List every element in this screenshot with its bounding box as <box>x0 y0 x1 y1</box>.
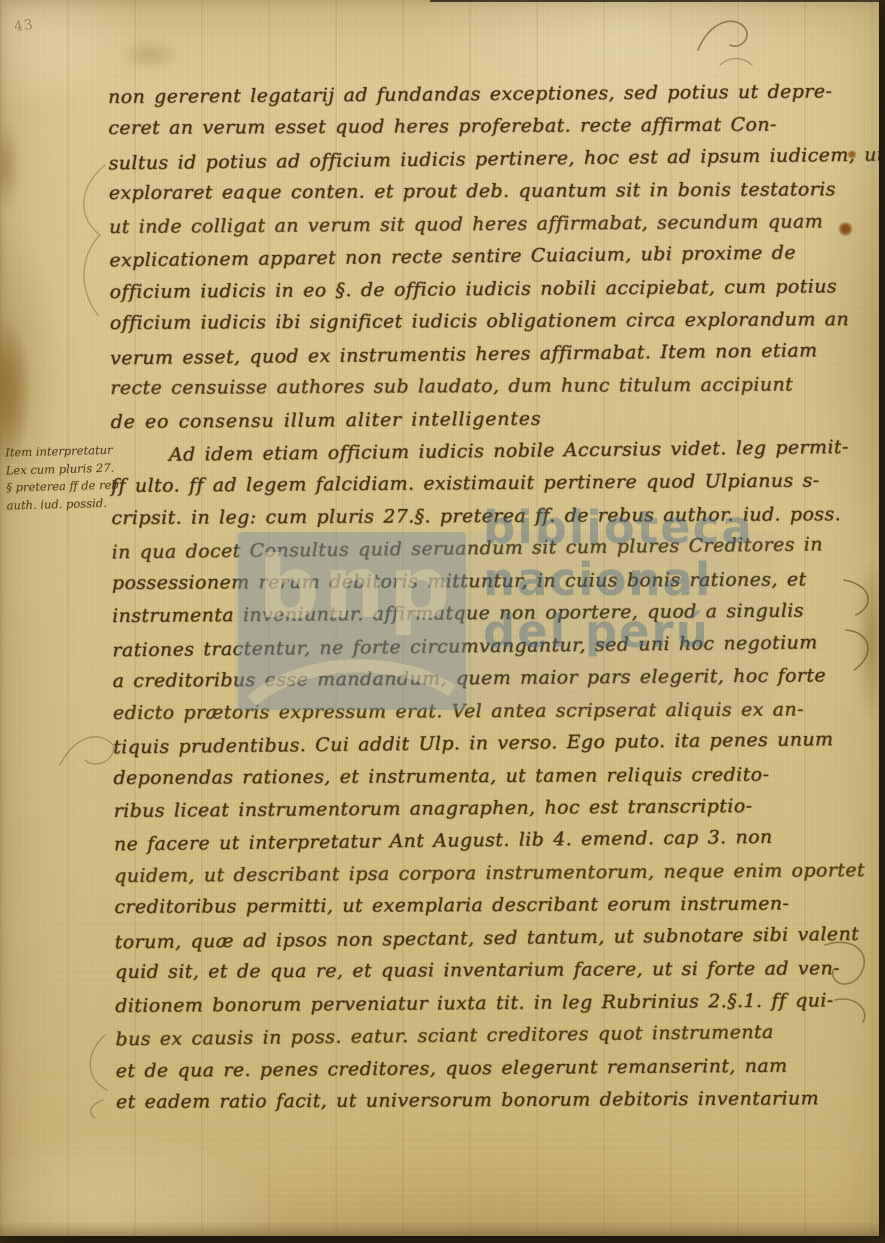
manuscript-line: exploraret eaque conten. et prout deb. q… <box>109 173 875 209</box>
manuscript-line: quid sit, et de qua re, et quasi inventa… <box>115 952 881 988</box>
ink-flourish <box>75 1030 120 1120</box>
folio-number: 43 <box>13 17 35 36</box>
scan-edge-bottom <box>0 1236 885 1243</box>
manuscript-line: ff ulto. ff ad legem falcidiam. existima… <box>111 464 877 502</box>
manuscript-line: et de qua re. penes creditores, quos ele… <box>116 1049 882 1087</box>
margin-note: Item interpretaturLex cum pluris 27.§ pr… <box>5 441 125 514</box>
manuscript-line: a creditoribus esse mandandum, quem maio… <box>113 659 879 697</box>
margin-note-line: § preterea ff de reb <box>6 476 124 497</box>
manuscript-scan: 43 non gererent legatarij ad fundandas e… <box>0 0 885 1243</box>
manuscript-line: recte censuisse authores sub laudato, du… <box>110 368 876 404</box>
manuscript-line: deponendas rationes, et instrumenta, ut … <box>113 758 879 794</box>
scan-edge-right <box>879 0 885 1243</box>
smudge <box>120 40 180 70</box>
manuscript-line: officium iudicis in eo §. de officio iud… <box>109 270 875 308</box>
edge-stain <box>0 120 20 210</box>
manuscript-line: quidem, ut describant ipsa corpora instr… <box>114 854 880 892</box>
manuscript-line: et eadem ratio facit, ut universorum bon… <box>116 1082 882 1118</box>
scan-edge-top <box>430 0 885 2</box>
page-edge-shadow <box>0 1222 885 1236</box>
ink-flourish <box>690 10 760 70</box>
ink-flourish <box>55 715 120 785</box>
manuscript-text: non gererent legatarij ad fundandas exce… <box>108 75 882 1119</box>
margin-note-line: auth. iud. possid. <box>6 494 124 515</box>
edge-stain <box>0 322 30 462</box>
manuscript-line: possessionem rerum debitoris mittuntur, … <box>112 563 878 599</box>
